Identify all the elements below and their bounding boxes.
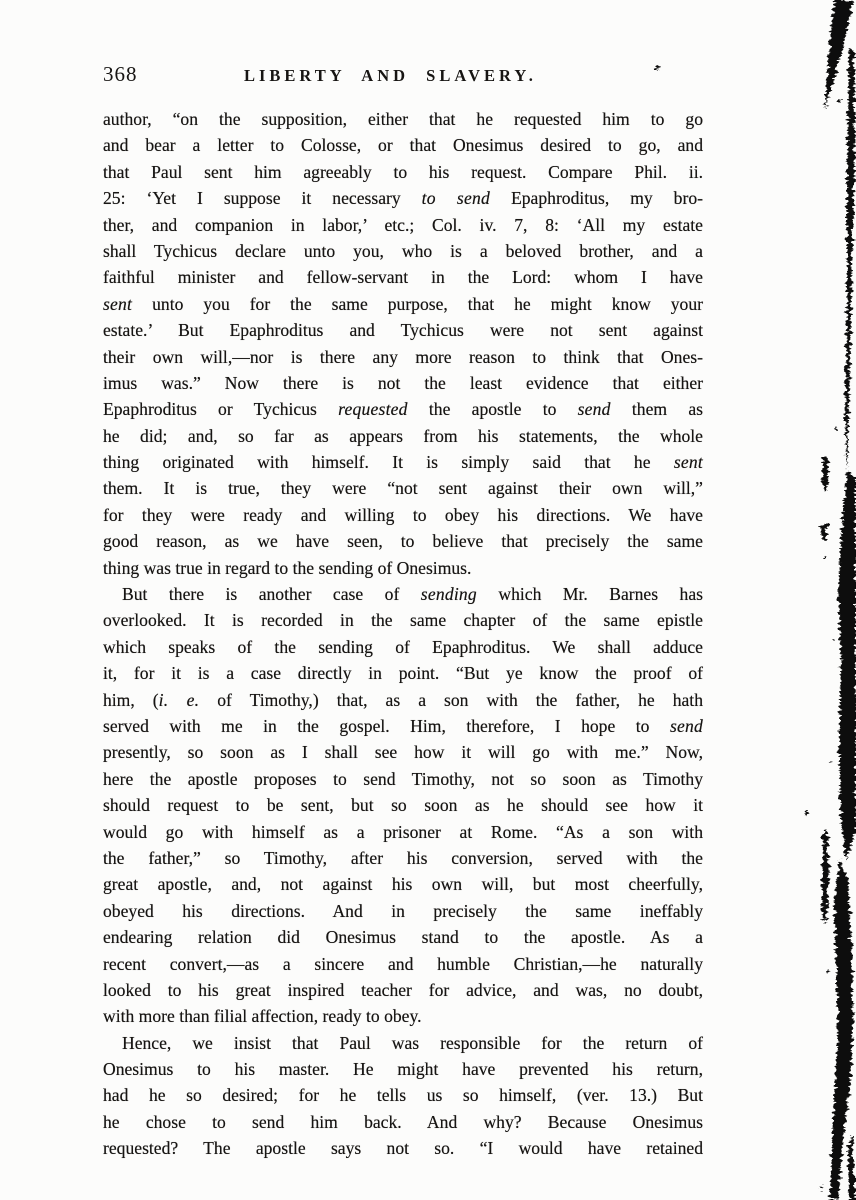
page-body: author, “on the supposition, either that… (103, 106, 703, 1162)
text-line: author, “on the supposition, either that… (103, 106, 703, 132)
text-line: had he so desired; for he tells us so hi… (103, 1082, 703, 1108)
text-line: the father,” so Timothy, after his conve… (103, 845, 703, 871)
text-line: for they were ready and willing to obey … (103, 502, 703, 528)
text-line: overlooked. It is recorded in the same c… (103, 607, 703, 633)
text-line: great apostle, and, not against his own … (103, 871, 703, 897)
text-line: estate.’ But Epaphroditus and Tychicus w… (103, 317, 703, 343)
text-line: But there is another case of sending whi… (103, 581, 703, 607)
text-line: thing originated with himself. It is sim… (103, 449, 703, 475)
text-line: he did; and, so far as appears from his … (103, 423, 703, 449)
text-line: imus was.” Now there is not the least ev… (103, 370, 703, 396)
text-line: Onesimus to his master. He might have pr… (103, 1056, 703, 1082)
text-line: endearing relation did Onesimus stand to… (103, 924, 703, 950)
text-line: Hence, we insist that Paul was responsib… (103, 1030, 703, 1056)
text-line: obeyed his directions. And in precisely … (103, 898, 703, 924)
text-line: thing was true in regard to the sending … (103, 555, 703, 581)
text-line: them. It is true, they were “not sent ag… (103, 475, 703, 501)
text-line: good reason, as we have seen, to believe… (103, 528, 703, 554)
text-line: which speaks of the sending of Epaphrodi… (103, 634, 703, 660)
text-line: faithful minister and fellow-servant in … (103, 264, 703, 290)
book-page: 368 LIBERTY AND SLAVERY. author, “on the… (0, 0, 856, 1200)
text-line: requested? The apostle says not so. “I w… (103, 1135, 703, 1161)
text-line: sent unto you for the same purpose, that… (103, 291, 703, 317)
page-number: 368 (103, 62, 138, 87)
text-line: ther, and companion in labor,’ etc.; Col… (103, 212, 703, 238)
running-title: LIBERTY AND SLAVERY. (244, 66, 532, 86)
text-line: served with me in the gospel. Him, there… (103, 713, 703, 739)
text-line: and bear a letter to Colosse, or that On… (103, 132, 703, 158)
text-line: with more than filial affection, ready t… (103, 1003, 703, 1029)
text-line: it, for it is a case directly in point. … (103, 660, 703, 686)
text-line: should request to be sent, but so soon a… (103, 792, 703, 818)
text-line: Epaphroditus or Tychicus requested the a… (103, 396, 703, 422)
text-line: he chose to send him back. And why? Beca… (103, 1109, 703, 1135)
text-line: presently, so soon as I shall see how it… (103, 739, 703, 765)
text-line: that Paul sent him agreeably to his requ… (103, 159, 703, 185)
text-line: him, (i. e. of Timothy,) that, as a son … (103, 687, 703, 713)
text-line: their own will,—nor is there any more re… (103, 344, 703, 370)
text-line: 25: ‘Yet I suppose it necessary to send … (103, 185, 703, 211)
text-line: recent convert,—as a sincere and humble … (103, 951, 703, 977)
text-line: here the apostle proposes to send Timoth… (103, 766, 703, 792)
text-line: would go with himself as a prisoner at R… (103, 819, 703, 845)
text-line: looked to his great inspired teacher for… (103, 977, 703, 1003)
text-line: shall Tychicus declare unto you, who is … (103, 238, 703, 264)
